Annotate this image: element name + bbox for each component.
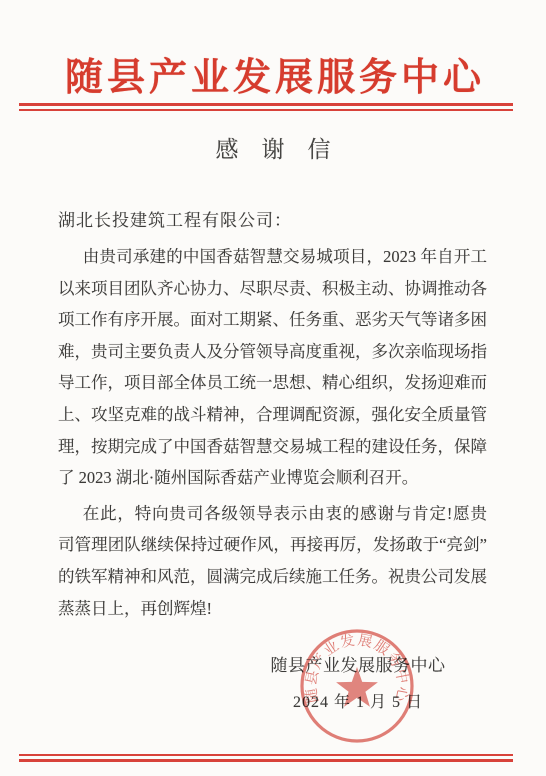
star-icon bbox=[336, 667, 378, 707]
paragraph-1: 由贵司承建的中国香菇智慧交易城项目，2023 年自开工以来项目团队齐心协力、尽职… bbox=[58, 241, 487, 494]
text-line: 项工作有序开展。面对工期紧、任务重、恶劣天气等诸多困 bbox=[58, 304, 487, 336]
text-line: 司管理团队继续保持过硬作风，再接再厉，发扬敢于“亮剑” bbox=[58, 529, 487, 561]
text-line: 难，贵司主要负责人及分管领导高度重视，多次亲临现场指 bbox=[58, 336, 487, 368]
text-line: 理，按期完成了中国香菇智慧交易城工程的建设任务，保障 bbox=[58, 431, 487, 463]
text-line: 导工作，项目部全体员工统一思想、精心组织，发扬迎难而 bbox=[58, 367, 487, 399]
text-line: 上、攻坚克难的战斗精神，合理调配资源，强化安全质量管 bbox=[58, 399, 487, 431]
salutation: 湖北长投建筑工程有限公司： bbox=[58, 205, 487, 237]
text-line: 的铁军精神和风范，圆满完成后续施工任务。祝贵公司发展 bbox=[58, 561, 487, 593]
letter-body: 湖北长投建筑工程有限公司： 由贵司承建的中国香菇智慧交易城项目，2023 年自开… bbox=[58, 205, 487, 624]
letterhead-org-name: 随县产业发展服务中心 bbox=[0, 46, 546, 101]
footer-rule-thick bbox=[19, 759, 513, 762]
text-line: 由贵司承建的中国香菇智慧交易城项目，2023 年自开工 bbox=[58, 241, 487, 273]
document-title: 感谢信 bbox=[0, 131, 546, 164]
footer-rule-thin bbox=[19, 754, 513, 756]
text-line: 了 2023 湖北·随州国际香菇产业博览会顺利召开。 bbox=[58, 462, 487, 494]
header-rule-thick bbox=[19, 103, 513, 106]
official-seal-stamp: 随县产业发展服务中心 bbox=[275, 604, 439, 768]
header-rule-thin bbox=[19, 109, 513, 111]
text-line: 在此，特向贵司各级领导表示由衷的感谢与肯定!愿贵 bbox=[58, 498, 487, 530]
letter-page: 随县产业发展服务中心 感谢信 湖北长投建筑工程有限公司： 由贵司承建的中国香菇智… bbox=[0, 0, 546, 776]
text-line: 以来项目团队齐心协力、尽职尽责、积极主动、协调推动各 bbox=[58, 273, 487, 305]
